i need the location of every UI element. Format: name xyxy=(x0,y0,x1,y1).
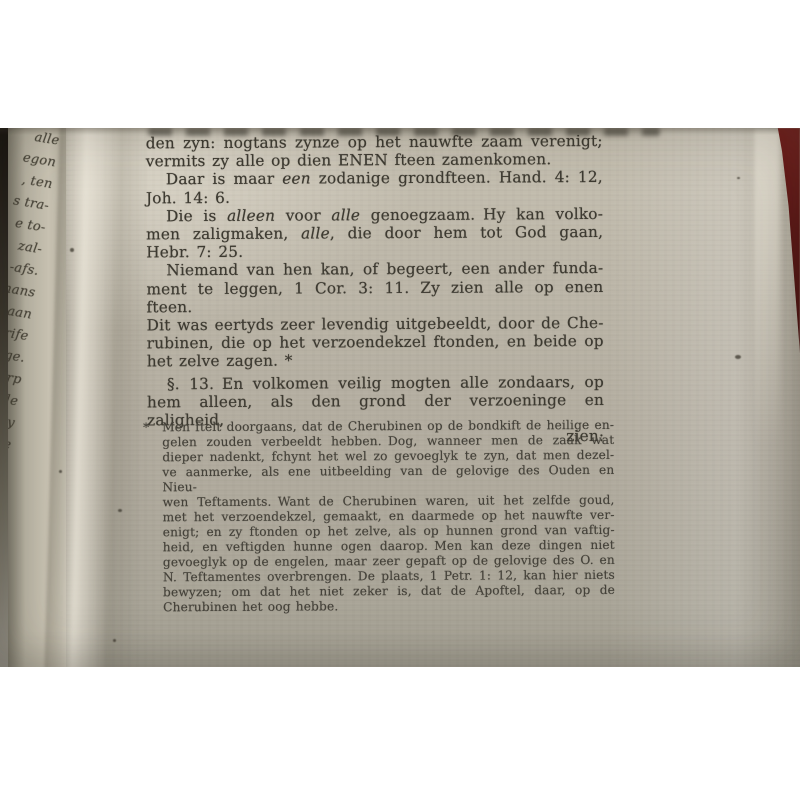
footnote-marker: * xyxy=(143,420,149,435)
main-text-line: Hebr. 7: 25. xyxy=(146,241,603,262)
footnote-line: bewyzen; om dat het niet zeker is, dat d… xyxy=(163,583,615,600)
ink-speck xyxy=(735,355,741,359)
ink-speck xyxy=(70,248,74,252)
cropped-text-line-blur xyxy=(148,128,660,136)
main-text-line: vermits zy alle op dien ENEN fteen zamen… xyxy=(146,150,603,171)
main-text-line: rubinen, die op het verzoendekzel ftonde… xyxy=(147,332,604,353)
letterbox-bottom xyxy=(0,667,800,800)
main-text-line: ment te leggen, 1 Cor. 3: 11. Zy zien al… xyxy=(146,278,603,317)
main-text-line: men zaligmaken, alle, die door hem tot G… xyxy=(146,223,603,244)
ink-speck xyxy=(737,177,740,179)
ink-speck xyxy=(113,639,116,642)
footnote-block: * Men ftelt doorgaans, dat de Cherubinen… xyxy=(162,418,615,615)
letterbox-top xyxy=(0,0,800,128)
main-text-line: Joh. 14: 6. xyxy=(146,187,603,208)
main-text-line: het zelve zagen. * xyxy=(147,350,604,371)
page-tilt-wrapper: den zyn: nogtans zynze op het nauwfte za… xyxy=(0,128,800,667)
main-text-line: Dit was eertyds zeer levendig uitgebeeld… xyxy=(147,314,604,335)
ink-speck xyxy=(224,245,226,247)
main-text-line: Niemand van hen kan, of begeert, een and… xyxy=(146,259,603,280)
footnote-line: ve aanmerke, als ene uitbeelding van de … xyxy=(162,463,614,495)
book-page-photo: alleegon, tens tra-e to-zal--afs.manshaa… xyxy=(0,128,800,667)
main-text-line: §. 13. En volkomen veilig mogten alle zo… xyxy=(147,373,604,394)
ink-speck xyxy=(59,470,62,473)
main-text-line: Daar is maar een zodanige grondfteen. Ha… xyxy=(146,168,603,189)
main-text-block: den zyn: nogtans zynze op het nauwfte za… xyxy=(146,132,605,448)
footnote-line: Cherubinen het oog hebbe. xyxy=(163,598,615,615)
main-text-line: Die is alleen voor alle genoegzaam. Hy k… xyxy=(146,205,603,226)
footnote-lines: Men ftelt doorgaans, dat de Cherubinen o… xyxy=(162,418,615,615)
ink-speck xyxy=(118,509,122,512)
